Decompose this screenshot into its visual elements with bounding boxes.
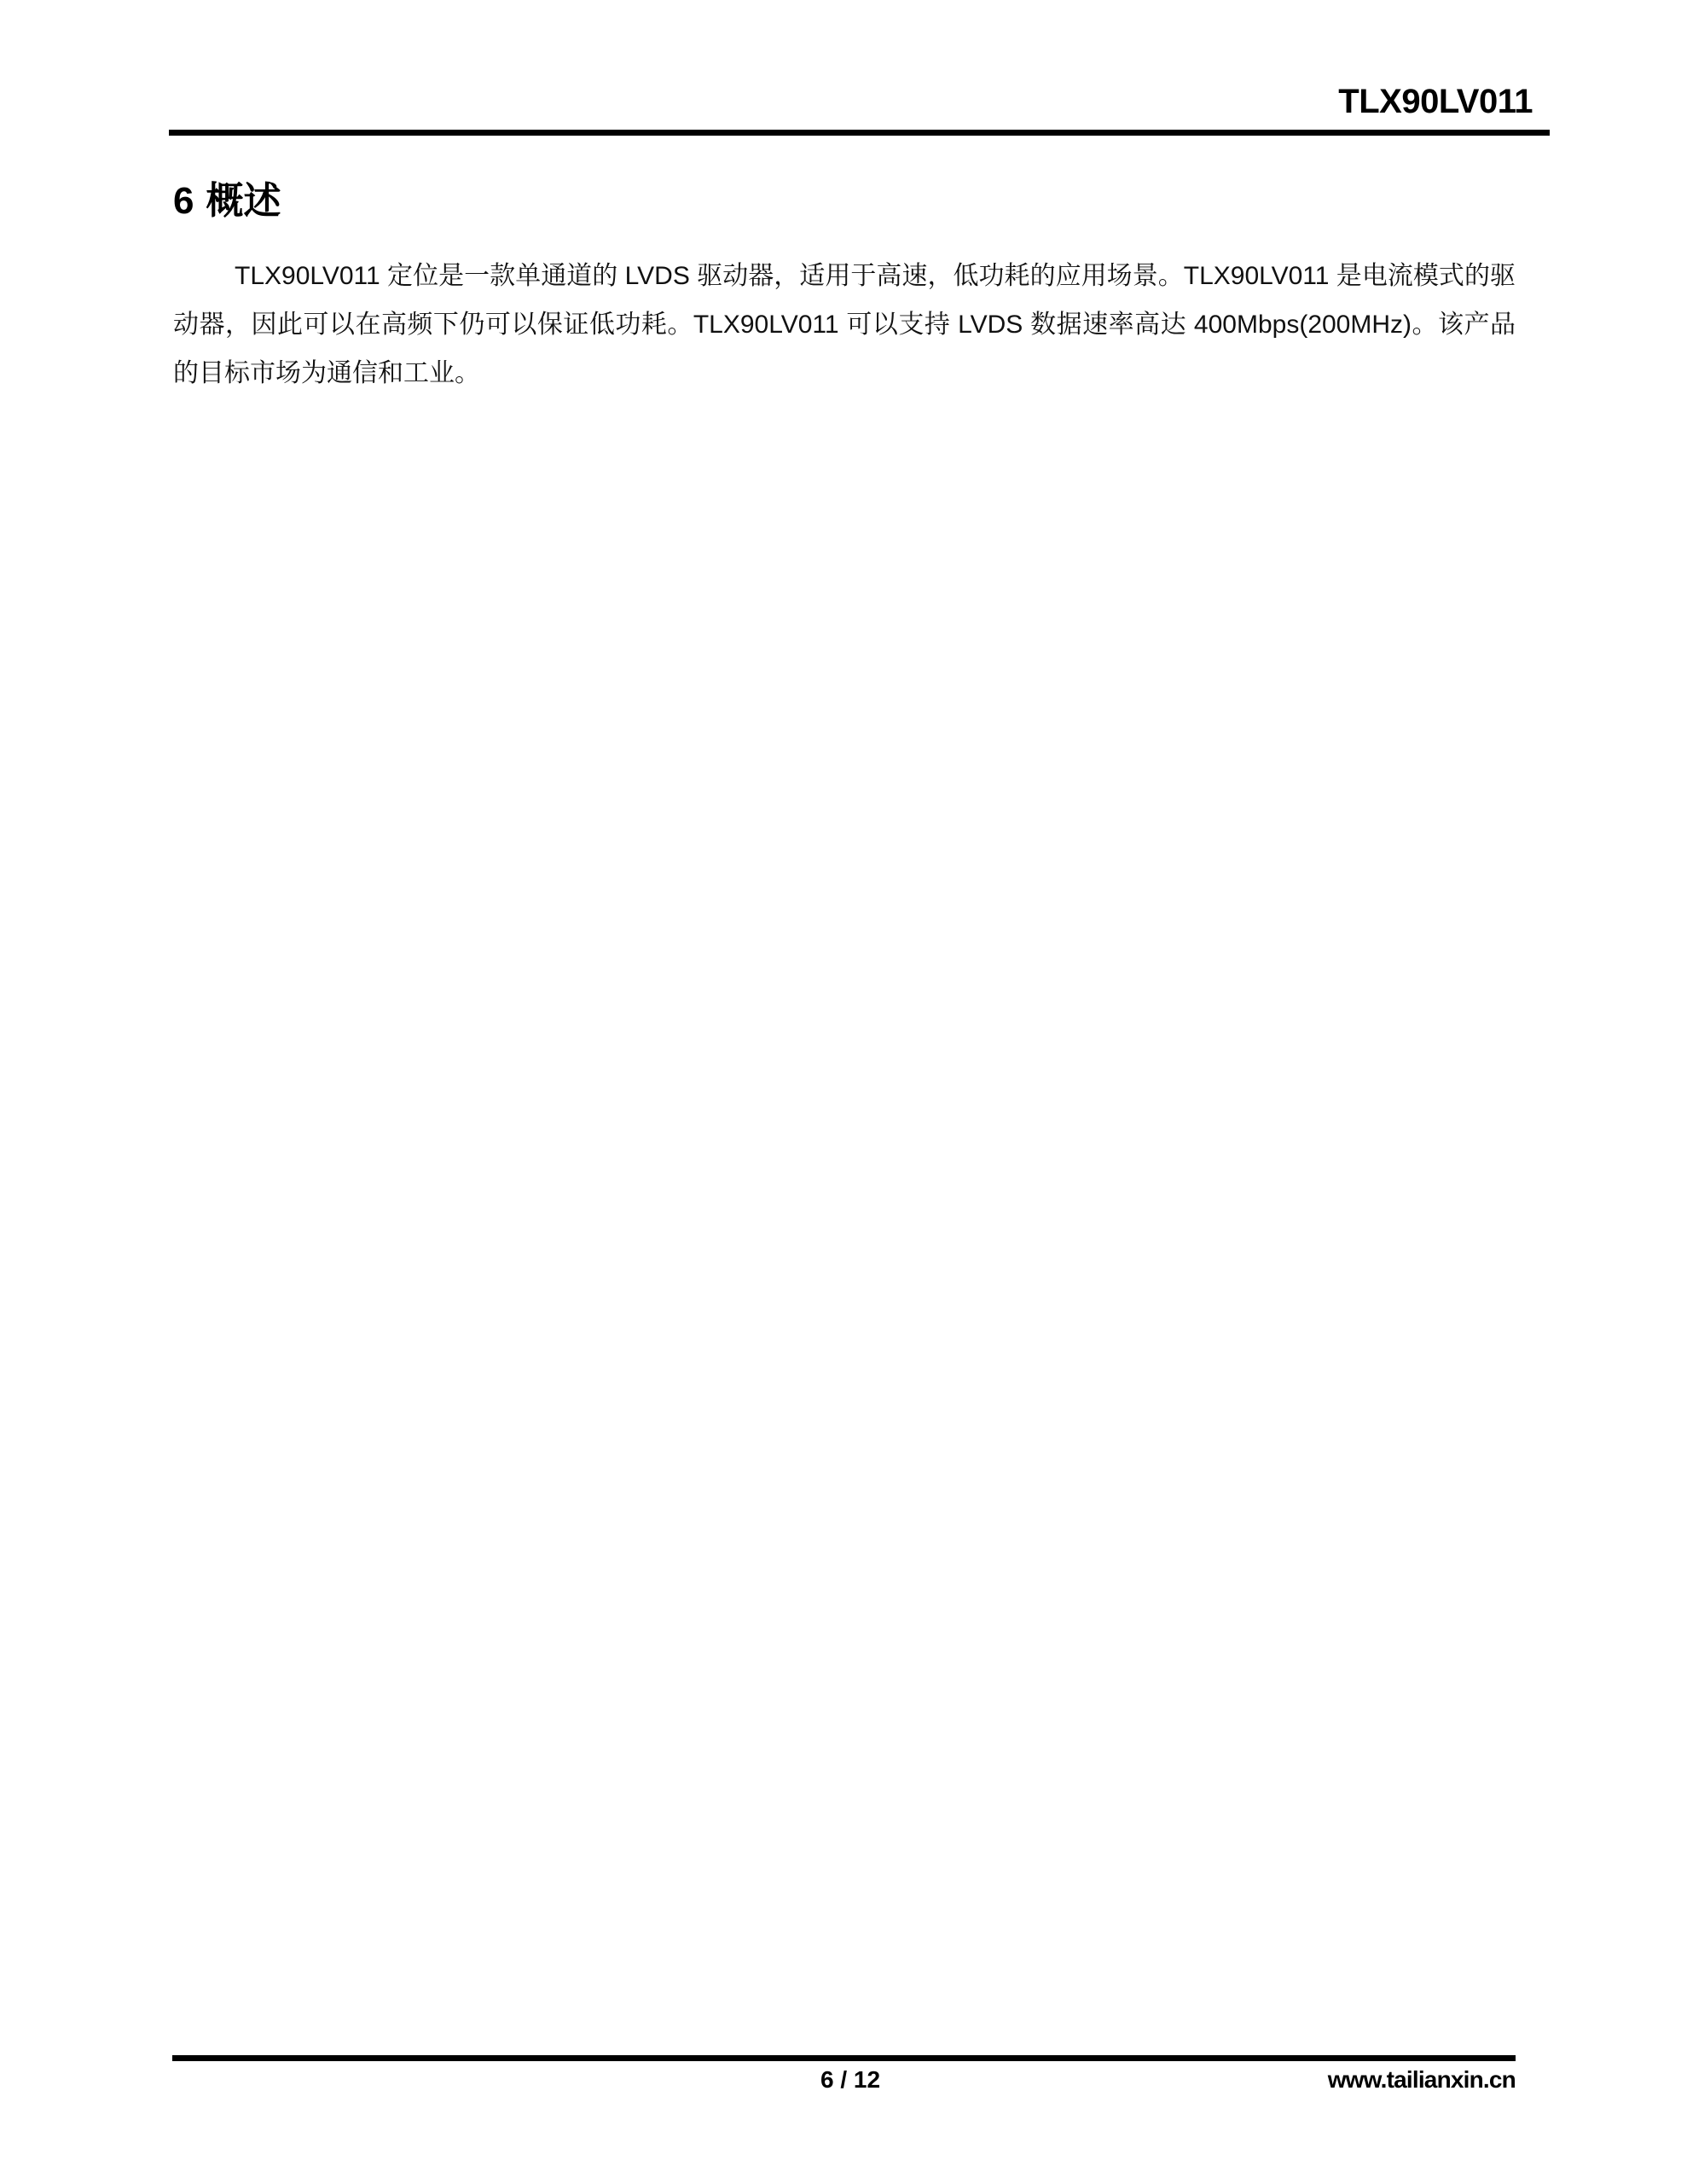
page-header: TLX90LV011 [169,0,1550,136]
section-title: 概述 [206,180,281,222]
section-overview: 6概述 TLX90LV011 定位是一款单通道的 LVDS 驱动器，适用于高速，… [173,175,1516,398]
footer-divider [172,2055,1516,2061]
page-footer: 6 / 12 www.tailianxin.cn [172,2055,1516,2106]
page-number: 6 / 12 [816,2065,884,2094]
section-heading: 6概述 [173,175,1516,228]
document-title: TLX90LV011 [1338,82,1533,121]
section-paragraph: TLX90LV011 定位是一款单通道的 LVDS 驱动器，适用于高速，低功耗的… [173,252,1516,398]
section-number: 6 [173,180,194,222]
website-link[interactable]: www.tailianxin.cn [1328,2065,1516,2094]
header-divider [169,130,1550,136]
